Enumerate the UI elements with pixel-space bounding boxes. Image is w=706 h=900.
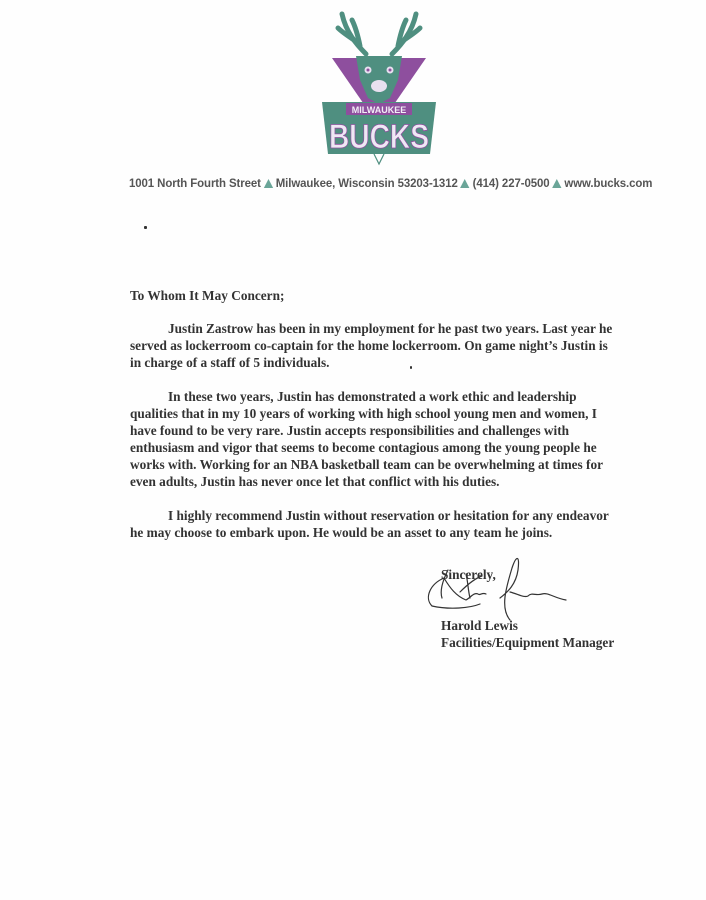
address-phone: (414) 227-0500 <box>473 176 550 190</box>
triangle-icon <box>552 179 561 188</box>
svg-text:BUCKS: BUCKS <box>329 118 429 156</box>
triangle-icon <box>264 179 273 188</box>
letterhead-address: 1001 North Fourth StreetMilwaukee, Wisco… <box>129 176 613 190</box>
address-street: 1001 North Fourth Street <box>129 176 261 190</box>
address-city: Milwaukee, Wisconsin 53203-1312 <box>276 176 458 190</box>
letter-body: To Whom It May Concern; Justin Zastrow h… <box>130 287 620 558</box>
signer-name: Harold Lewis <box>441 617 614 634</box>
svg-text:MILWAUKEE: MILWAUKEE <box>352 105 407 115</box>
scan-speck <box>144 226 147 229</box>
triangle-icon <box>461 179 470 188</box>
signer-title: Facilities/Equipment Manager <box>441 634 614 651</box>
milwaukee-bucks-deer-logo-icon: MILWAUKEE BUCKS <box>318 6 440 166</box>
paragraph-3: I highly recommend Justin without reserv… <box>130 507 620 541</box>
paragraph-2: In these two years, Justin has demonstra… <box>130 388 620 490</box>
address-website: www.bucks.com <box>564 176 652 190</box>
closing-block: Sincerely, Harold Lewis Facilities/Equip… <box>441 566 614 651</box>
paragraph-1: Justin Zastrow has been in my employment… <box>130 320 620 371</box>
closing-line: Sincerely, <box>441 566 614 583</box>
salutation: To Whom It May Concern; <box>130 287 620 304</box>
